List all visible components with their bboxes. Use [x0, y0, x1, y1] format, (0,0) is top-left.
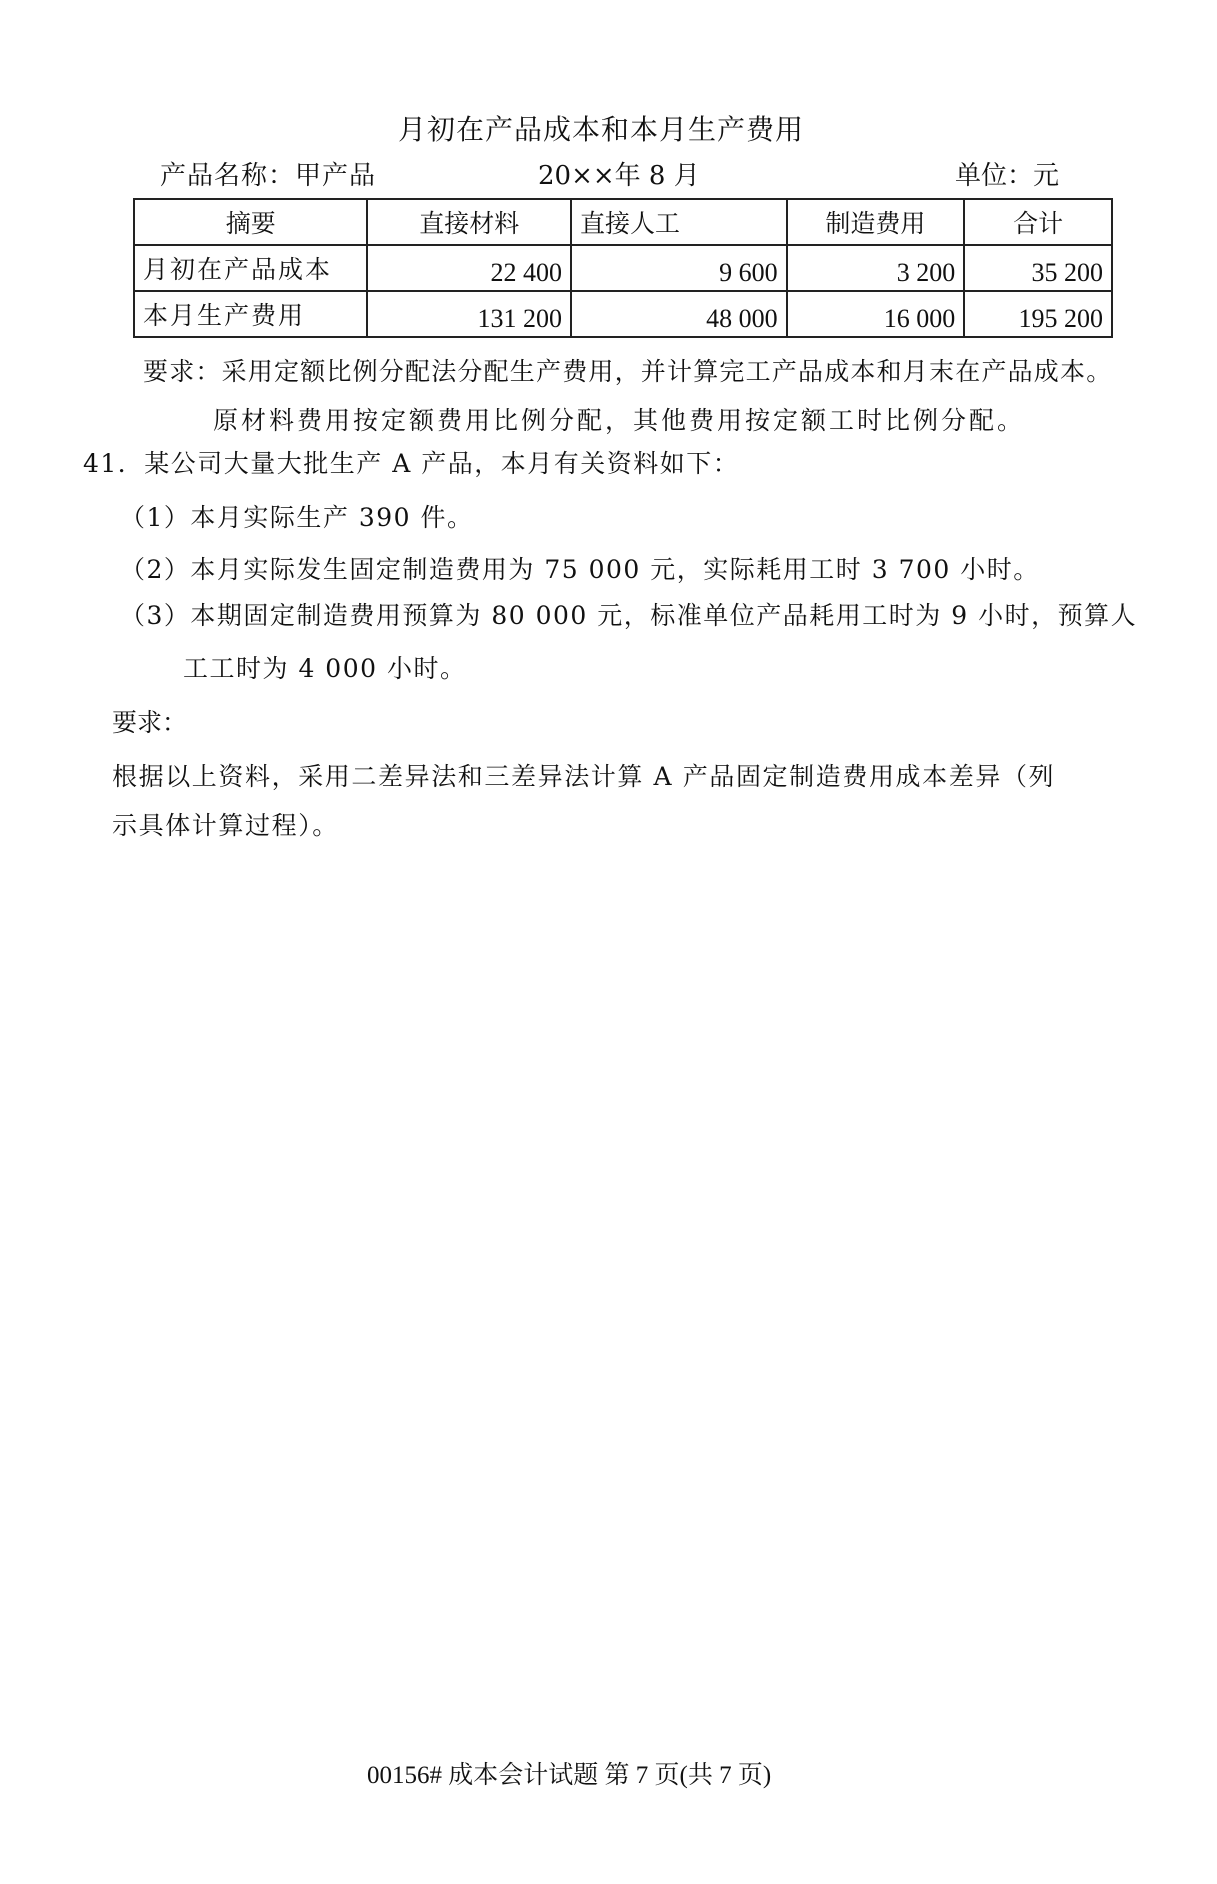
- cell-overhead: 16 000: [787, 291, 965, 337]
- cell-direct-materials: 22 400: [367, 245, 571, 291]
- question-41-requirement-heading: 要求：: [112, 710, 187, 735]
- table-row: 月初在产品成本 22 400 9 600 3 200 35 200: [134, 245, 1112, 291]
- period-date: 20××年 8 月: [538, 163, 700, 189]
- cell-total: 195 200: [964, 291, 1112, 337]
- cell-overhead: 3 200: [787, 245, 965, 291]
- question-41-item-3: （3）本期固定制造费用预算为 80 000 元，标准单位产品耗用工时为 9 小时…: [120, 603, 1137, 628]
- cell-total: 35 200: [964, 245, 1112, 291]
- table-requirement-line2: 原材料费用按定额费用比例分配，其他费用按定额工时比例分配。: [213, 408, 1025, 433]
- cell-direct-labor: 48 000: [571, 291, 787, 337]
- header-total: 合计: [964, 199, 1112, 245]
- table-title: 月初在产品成本和本月生产费用: [398, 116, 804, 144]
- product-name: 产品名称：甲产品: [160, 163, 376, 189]
- cell-direct-materials: 131 200: [367, 291, 571, 337]
- header-summary: 摘要: [134, 199, 367, 245]
- header-overhead: 制造费用: [787, 199, 965, 245]
- header-direct-materials: 直接材料: [367, 199, 571, 245]
- table-requirement-line1: 要求：采用定额比例分配法分配生产费用，并计算完工产品成本和月末在产品成本。: [143, 359, 1112, 384]
- cell-direct-labor: 9 600: [571, 245, 787, 291]
- question-41-stem: 41．某公司大量大批生产 A 产品，本月有关资料如下：: [83, 451, 739, 476]
- question-41-requirement-line1: 根据以上资料，采用二差异法和三差异法计算 A 产品固定制造费用成本差异（列: [112, 764, 1055, 789]
- question-41-item-2: （2）本月实际发生固定制造费用为 75 000 元，实际耗用工时 3 700 小…: [120, 557, 1040, 582]
- question-41-item-1: （1）本月实际生产 390 件。: [120, 505, 474, 530]
- header-direct-labor: 直接人工: [571, 199, 787, 245]
- currency-unit: 单位：元: [955, 163, 1059, 189]
- question-41-item-3-continuation: 工工时为 4 000 小时。: [183, 656, 466, 681]
- row-label: 本月生产费用: [134, 291, 367, 337]
- table-row: 本月生产费用 131 200 48 000 16 000 195 200: [134, 291, 1112, 337]
- table-header-row: 摘要 直接材料 直接人工 制造费用 合计: [134, 199, 1112, 245]
- cost-table: 摘要 直接材料 直接人工 制造费用 合计 月初在产品成本 22 400 9 60…: [133, 198, 1113, 338]
- page-footer: 00156# 成本会计试题 第 7 页(共 7 页): [367, 1763, 771, 1788]
- question-41-requirement-line2: 示具体计算过程）。: [112, 813, 339, 838]
- row-label: 月初在产品成本: [134, 245, 367, 291]
